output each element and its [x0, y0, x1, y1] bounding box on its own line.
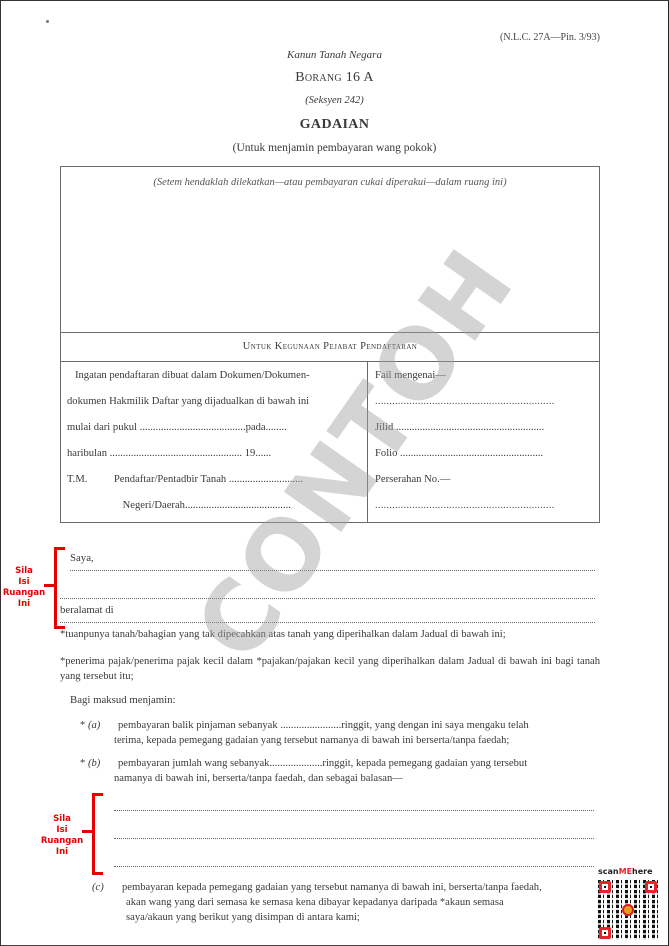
registry-file-info: Fail mengenai— .........................… — [375, 367, 593, 523]
stamp-area-note: (Setem hendaklah dilekatkan—atau pembaya… — [61, 177, 599, 188]
registry-registrar-field: T.M. Pendaftar/Pentadbir Tanah .........… — [67, 471, 363, 497]
name-field-continued[interactable] — [60, 580, 595, 599]
clause-marker: * — [80, 720, 85, 731]
clause-label: (a) — [88, 718, 118, 733]
consideration-field[interactable] — [114, 848, 594, 867]
file-label: Fail mengenai— — [375, 367, 593, 393]
consideration-field[interactable] — [114, 792, 594, 811]
scan-speck — [46, 20, 49, 23]
presentation-field: ........................................… — [375, 497, 593, 523]
purpose-intro: Bagi maksud menjamin: — [70, 694, 176, 706]
owner-clause: *tuanpunya tanah/bahagian yang tak dipec… — [60, 627, 600, 642]
clause-text: namanya di bawah ini, berserta/tanpa fae… — [80, 771, 595, 786]
presentation-label: Perserahan No.— — [375, 471, 593, 497]
document-title: GADAIAN — [0, 117, 669, 133]
qr-finder-icon — [645, 881, 657, 893]
registry-date-field: haribulan ..............................… — [67, 445, 363, 471]
clause-label: (b) — [88, 756, 118, 771]
file-field: ........................................… — [375, 393, 593, 419]
lessee-clause: *penerima pajak/penerima pajak kecil dal… — [60, 654, 600, 684]
form-number: Borang 16 A — [0, 70, 669, 86]
clause-label: (c) — [92, 880, 122, 895]
clause-text: terima, kepada pemegang gadaian yang ter… — [80, 733, 595, 748]
clause-marker: * — [80, 758, 85, 769]
form-reference: (N.L.C. 27A—Pin. 3/93) — [500, 32, 600, 43]
clause-text: pembayaran balik pinjaman sebanyak .....… — [118, 720, 529, 731]
consideration-field[interactable] — [114, 820, 594, 839]
registry-time-field: mulai dari pukul .......................… — [67, 419, 363, 445]
registry-line: Ingatan pendaftaran dibuat dalam Dokumen… — [67, 367, 363, 393]
address-label: beralamat di — [60, 604, 114, 616]
clause-b: * (b)pembayaran jumlah wang sebanyak....… — [80, 756, 595, 786]
registry-divider — [367, 361, 368, 522]
clause-a: * (a)pembayaran balik pinjaman sebanyak … — [80, 718, 595, 748]
registry-line: dokumen Hakmilik Daftar yang dijadualkan… — [67, 393, 363, 419]
stamp-registry-box: (Setem hendaklah dilekatkan—atau pembaya… — [60, 166, 600, 523]
qr-finder-icon — [599, 881, 611, 893]
clause-c: (c)pembayaran kepada pemegang gadaian ya… — [92, 880, 592, 925]
folio-field: Folio ..................................… — [375, 445, 593, 471]
name-label: Saya, — [70, 552, 94, 564]
qr-finder-icon — [599, 927, 611, 939]
name-field[interactable]: Saya, — [70, 552, 595, 571]
qr-label: scanMEhere — [598, 867, 653, 876]
fill-bracket — [92, 793, 103, 875]
qr-logo-icon — [622, 904, 634, 916]
document-purpose: (Untuk menjamin pembayaran wang pokok) — [0, 142, 669, 154]
clause-text: akan wang yang dari semasa ke semasa ken… — [92, 895, 592, 910]
section-reference: (Seksyen 242) — [0, 95, 669, 106]
fill-hint: Sila Isi Ruangan Ini — [0, 566, 48, 610]
registry-heading: Untuk Kegunaan Pejabat Pendaftaran — [61, 332, 599, 362]
clause-text: saya/akaun yang berikut yang disimpan di… — [92, 910, 592, 925]
clause-text: pembayaran jumlah wang sebanyak.........… — [118, 758, 527, 769]
fill-hint: Sila Isi Ruangan Ini — [38, 814, 86, 858]
registry-memorial: Ingatan pendaftaran dibuat dalam Dokumen… — [67, 367, 363, 523]
act-name: Kanun Tanah Negara — [0, 49, 669, 61]
registry-state-field: Negeri/Daerah...........................… — [67, 497, 363, 523]
volume-field: Jilid ..................................… — [375, 419, 593, 445]
clause-text: pembayaran kepada pemegang gadaian yang … — [122, 882, 542, 893]
address-field[interactable]: beralamat di — [60, 604, 595, 623]
